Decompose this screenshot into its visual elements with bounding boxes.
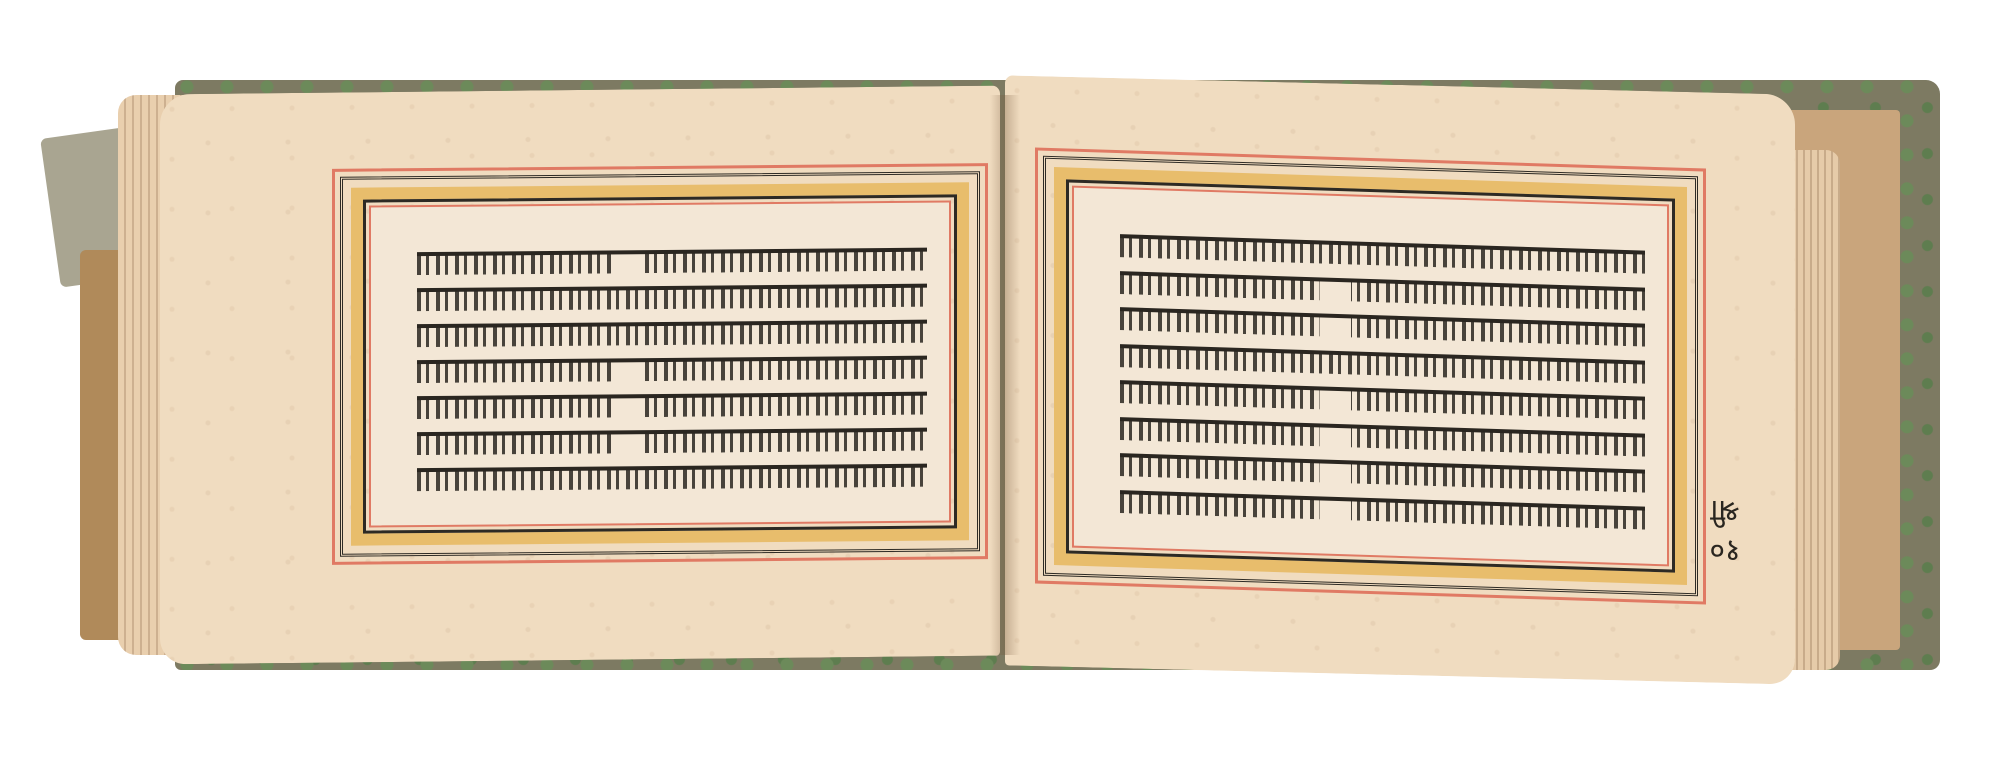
folio-marginalia: १० श्री	[1690, 490, 1760, 570]
text-line	[417, 461, 927, 495]
text-line	[417, 281, 927, 315]
right-text-panel: Handwritten Devanagari script, upside-do…	[1035, 147, 1706, 604]
left-text-panel: Handwritten Devanagari script, upside-do…	[332, 163, 988, 565]
folio-number: १०	[1690, 530, 1760, 570]
left-text-lines	[417, 245, 927, 495]
book-gutter	[990, 95, 1020, 655]
text-line	[417, 425, 927, 459]
manuscript-photo: Handwritten Devanagari script, upside-do…	[0, 0, 2000, 757]
text-line	[417, 317, 927, 351]
folio-mark: श्री	[1690, 490, 1760, 530]
text-line	[417, 353, 927, 387]
text-line	[417, 389, 927, 423]
right-text-lines	[1120, 231, 1645, 533]
text-line	[417, 245, 927, 279]
